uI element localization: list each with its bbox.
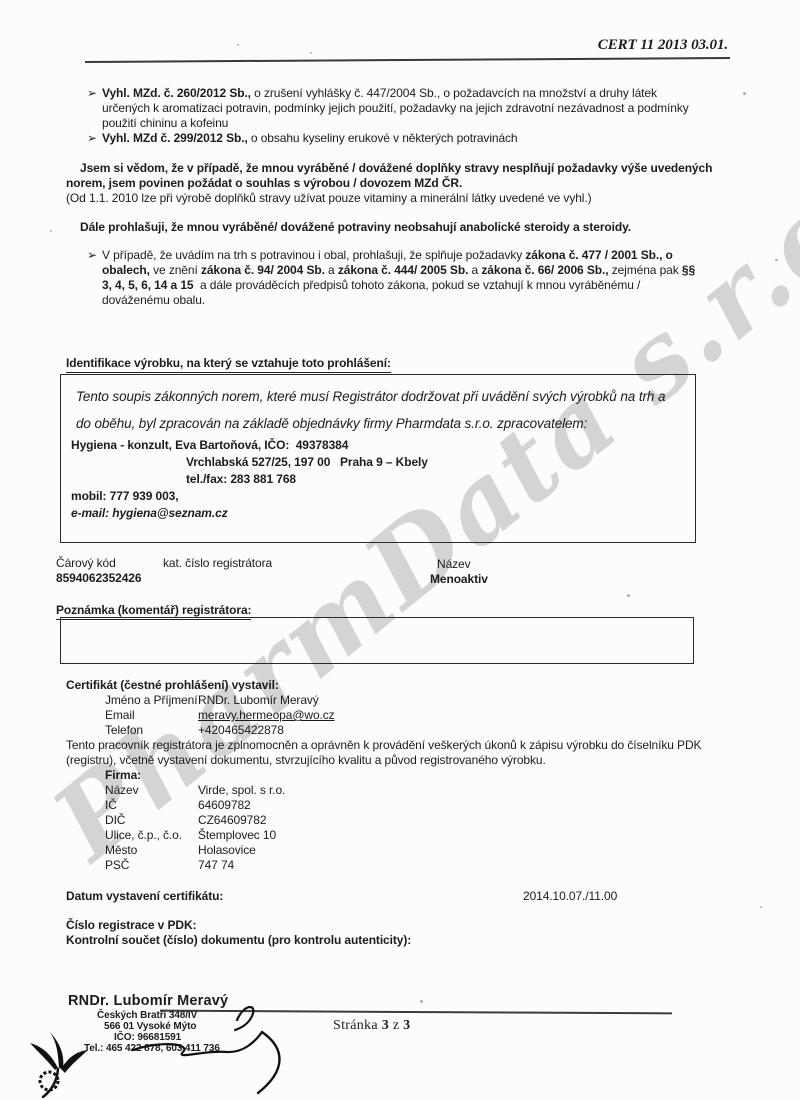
company-label: Název: [105, 783, 198, 798]
packaging-seg: zákona č. 66/ 2006 Sb.,: [481, 263, 608, 277]
processor-email: e-mail: hygiena@seznam.cz: [71, 505, 681, 522]
company-heading: Firma:: [105, 768, 731, 783]
regulation-text: Vyhl. MZd. č. 260/2012 Sb., o zrušení vy…: [102, 86, 700, 131]
barcode-label: Čárový kód: [56, 556, 116, 571]
regulation-lead: Vyhl. MZd. č. 260/2012 Sb.,: [102, 86, 251, 100]
issuer-phone-row: Telefon +420465422878: [66, 723, 731, 738]
page-number-separator: z: [393, 1018, 400, 1033]
company-value: Virde, spol. s r.o.: [198, 783, 285, 798]
intro-line: Tento soupis zákonných norem, které musí…: [76, 383, 686, 410]
processor-contact: Hygiena - konzult, Eva Bartoňová, IČO: 4…: [71, 437, 681, 522]
issuer-name-value: RNDr. Lubomír Meravý: [198, 693, 319, 708]
product-identification-heading: Identifikace výrobku, na který se vztahu…: [66, 356, 391, 373]
packaging-seg: ve znění: [150, 263, 201, 277]
packaging-seg: zákona č. 444/ 2005 Sb.: [338, 263, 468, 277]
issuer-phone-label: Telefon: [105, 723, 198, 738]
regulation-lead: Vyhl. MZd č. 299/2012 Sb.,: [102, 131, 248, 145]
company-value: 64609782: [198, 798, 251, 813]
issuer-name-label: Jméno a Příjmení: [105, 693, 198, 708]
identification-intro: Tento soupis zákonných norem, které musí…: [76, 383, 686, 437]
issuer-email-value: meravy.hermeopa@wo.cz: [198, 708, 335, 723]
cat-number-label: kat. číslo registrátora: [163, 556, 272, 571]
certificate-block: Certifikát (čestné prohlášení) vystavil:…: [66, 678, 731, 873]
scan-speck: [627, 594, 630, 597]
processor-telfax: tel./fax: 283 881 768: [186, 471, 681, 488]
header-rule: [85, 57, 730, 63]
issuer-name-row: Jméno a Příjmení RNDr. Lubomír Meravý: [66, 693, 731, 708]
company-label: DIČ: [105, 813, 198, 828]
packaging-seg: V případě, že uvádím na trh s potravinou…: [102, 248, 525, 262]
declaration-aware: Jsem si vědom, že v případě, že mnou vyr…: [66, 161, 722, 191]
issuer-email-row: Email meravy.hermeopa@wo.cz: [66, 708, 731, 723]
issuer-phone-value: +420465422878: [198, 723, 284, 738]
regulation-item: ➢ Vyhl. MZd č. 299/2012 Sb., o obsahu ky…: [66, 131, 726, 146]
processor-address: Vrchlabská 527/25, 197 00 Praha 9 – Kbel…: [186, 454, 681, 471]
barcode-value: 8594062352426: [56, 571, 141, 586]
scan-speck: [760, 906, 762, 908]
company-label: PSČ: [105, 858, 198, 873]
issue-date-value: 2014.10.07./11.00: [523, 889, 617, 904]
company-row: Město Holasovice: [66, 843, 731, 858]
regulation-body: o obsahu kyseliny erukové v některých po…: [248, 131, 518, 145]
packaging-seg: zejména pak: [608, 263, 681, 277]
scan-speck: [743, 92, 746, 95]
arrow-bullet-icon: ➢: [87, 131, 102, 146]
cert-reference: CERT 11 2013 03.01.: [453, 38, 728, 53]
arrow-bullet-icon: ➢: [87, 86, 102, 131]
issue-date-label: Datum vystavení certifikátu:: [66, 889, 223, 904]
declaration-note: (Od 1.1. 2010 lze při výrobě doplňků str…: [66, 191, 722, 206]
packaging-text: V případě, že uvádím na trh s potravinou…: [102, 248, 700, 308]
company-label: IČ: [105, 798, 198, 813]
authorization-text: Tento pracovník registrátora je zplnomoc…: [66, 738, 726, 768]
page-number-word: Stránka: [333, 1018, 378, 1033]
packaging-seg: a: [468, 263, 481, 277]
processor-mobile: mobil: 777 939 003,: [71, 488, 681, 505]
company-value: CZ64609782: [198, 813, 266, 828]
scan-speck: [237, 44, 239, 46]
declaration-steroids: Dále prohlašuji, že mnou vyráběné/ dováž…: [66, 220, 722, 235]
product-name-label: Název: [437, 557, 471, 572]
company-value: Holasovice: [198, 843, 256, 858]
scan-speck: [420, 1000, 423, 1003]
company-label: Město: [105, 843, 198, 858]
page-number-total: 3: [403, 1018, 410, 1033]
product-name-value: Menoaktiv: [430, 572, 488, 587]
company-value: 747 74: [198, 858, 234, 873]
company-row: Název Virde, spol. s r.o.: [66, 783, 731, 798]
intro-line: do oběhu, byl zpracován na základě objed…: [76, 410, 686, 437]
company-label: Ulice, č.p., č.o.: [105, 828, 198, 843]
certificate-heading: Certifikát (čestné prohlášení) vystavil:: [66, 678, 731, 693]
pdk-registration-label: Číslo registrace v PDK:: [66, 918, 196, 933]
arrow-bullet-icon: ➢: [87, 248, 102, 308]
processor-name: Hygiena - konzult, Eva Bartoňová, IČO: 4…: [71, 437, 681, 454]
company-row: IČ 64609782: [66, 798, 731, 813]
checksum-label: Kontrolní součet (číslo) dokumentu (pro …: [66, 933, 411, 948]
scanned-certificate-page: PharmData s.r.o. CERT 11 2013 03.01. ➢ V…: [0, 0, 800, 1100]
signature-stroke: [125, 1000, 305, 1100]
page-number: Stránka 3 z 3: [333, 1018, 410, 1033]
regulation-item: ➢ Vyhl. MZd. č. 260/2012 Sb., o zrušení …: [66, 86, 726, 131]
registrar-note-box: [60, 617, 694, 664]
product-identification-box: Tento soupis zákonných norem, které musí…: [60, 374, 696, 543]
regulation-text: Vyhl. MZd č. 299/2012 Sb., o obsahu kyse…: [102, 131, 700, 146]
scan-speck: [310, 52, 312, 54]
company-row: DIČ CZ64609782: [66, 813, 731, 828]
company-row: PSČ 747 74: [66, 858, 731, 873]
company-value: Štemplovec 10: [198, 828, 276, 843]
page-number-current: 3: [382, 1018, 389, 1033]
company-row: Ulice, č.p., č.o. Štemplovec 10: [66, 828, 731, 843]
plant-stamp-icon: [28, 1028, 90, 1098]
declarations-block: ➢ Vyhl. MZd. č. 260/2012 Sb., o zrušení …: [66, 86, 726, 308]
packaging-seg: a: [325, 263, 338, 277]
packaging-seg: zákona č. 94/ 2004 Sb.: [201, 263, 325, 277]
declaration-packaging: ➢ V případě, že uvádím na trh s potravin…: [66, 248, 726, 308]
scan-speck: [775, 259, 778, 261]
scan-speck: [50, 230, 52, 232]
issuer-email-label: Email: [105, 708, 198, 723]
